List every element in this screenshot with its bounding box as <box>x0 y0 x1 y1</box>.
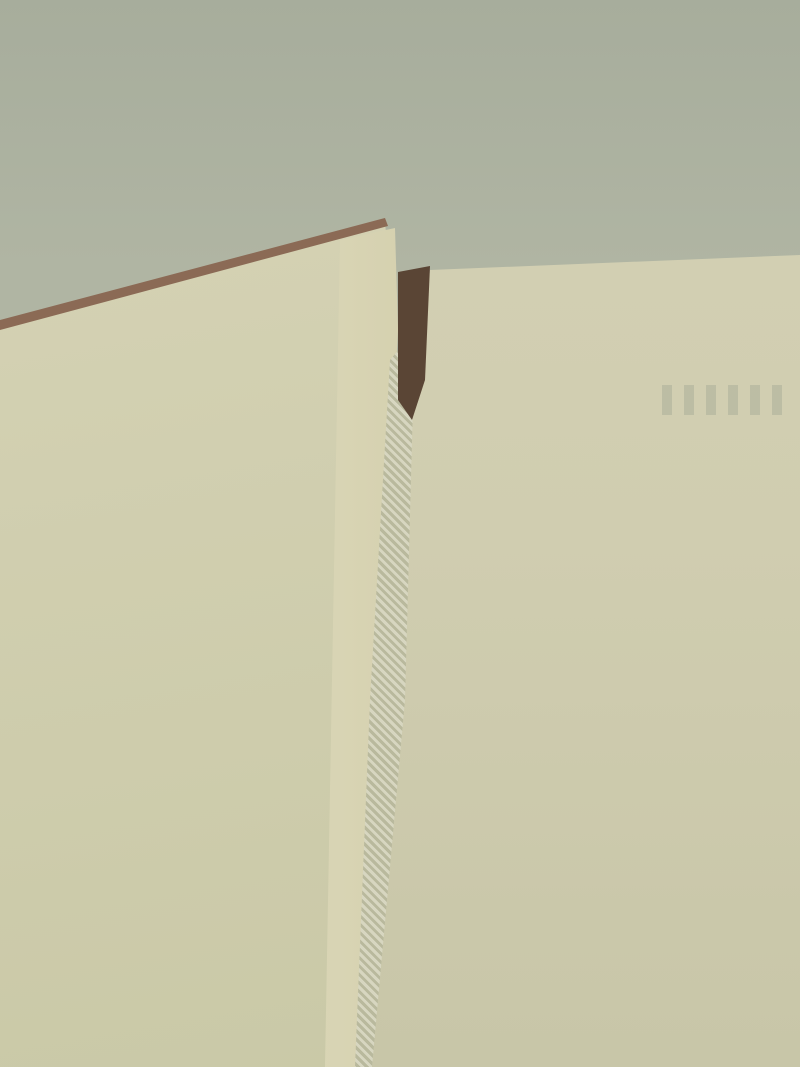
faint-marks <box>662 385 782 415</box>
